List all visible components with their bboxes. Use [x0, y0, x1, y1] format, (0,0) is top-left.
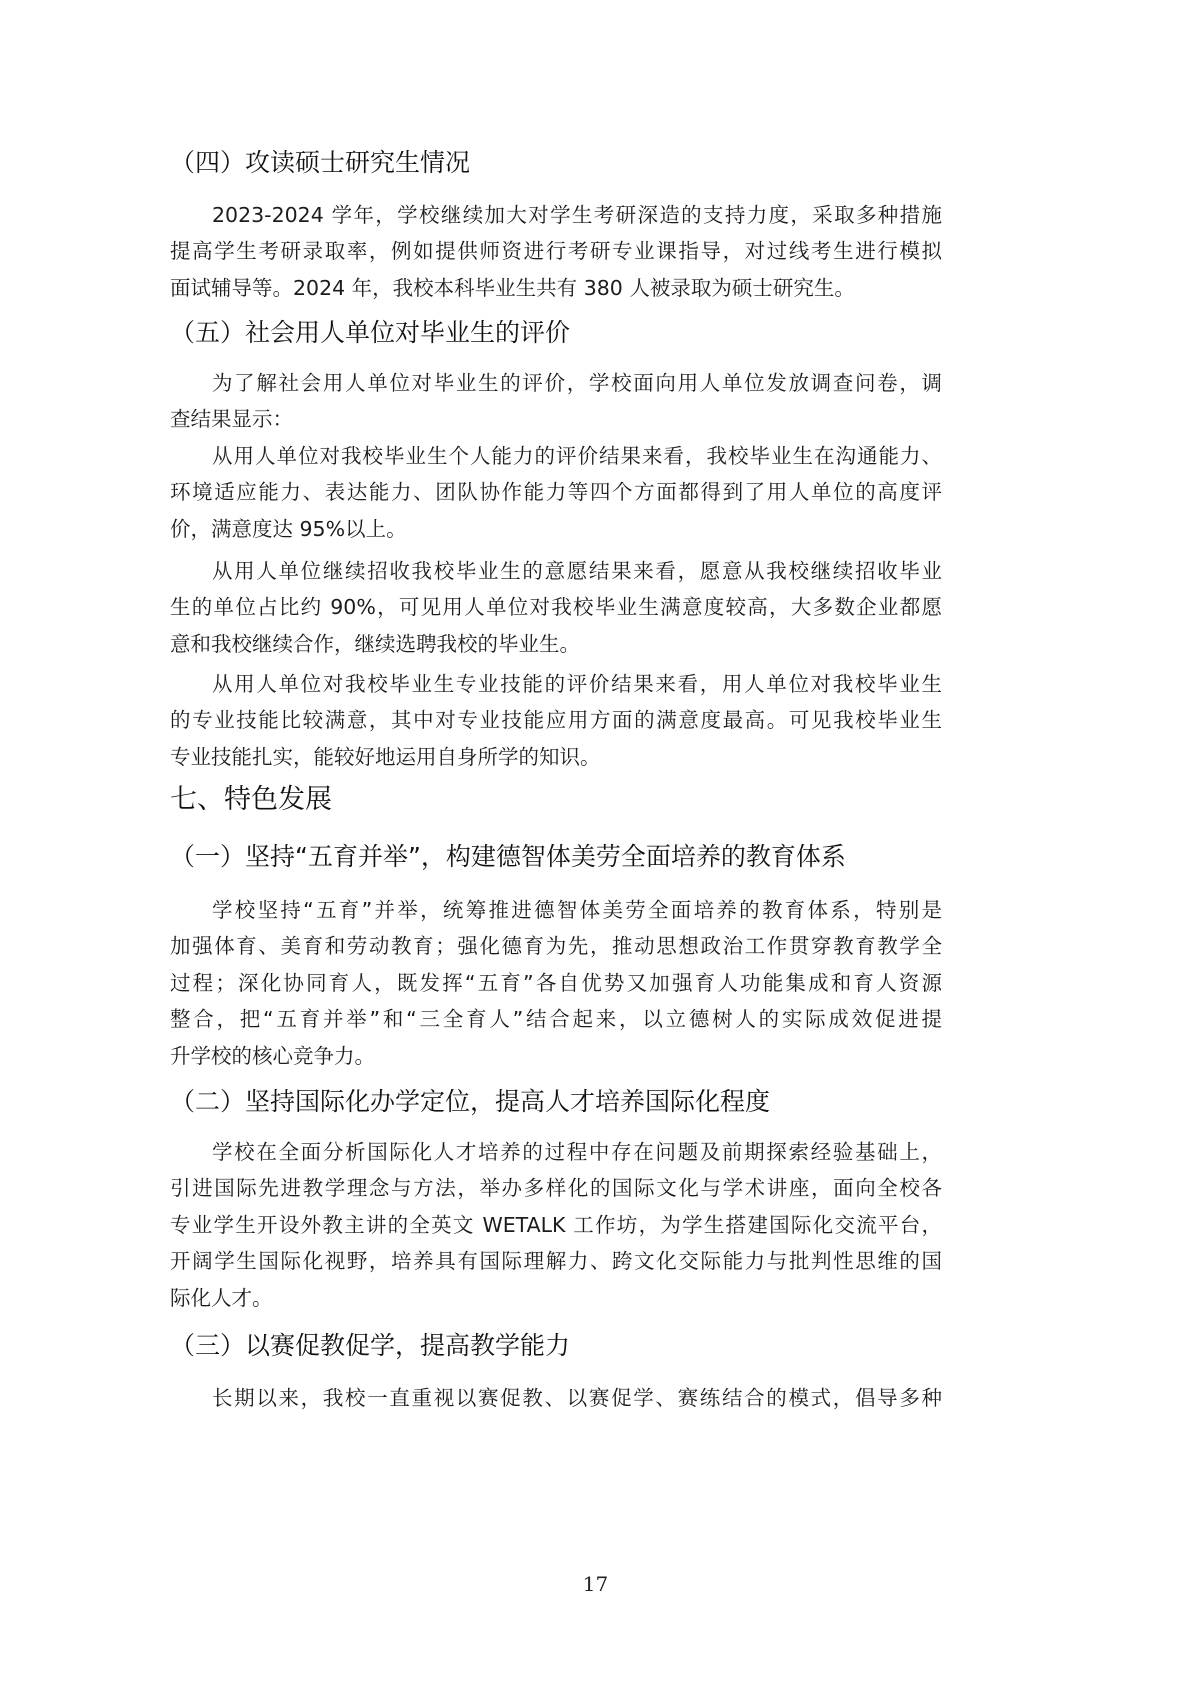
text-line: 学校坚持“五育”并举，统筹推进德智体美劳全面培养的教育体系，特别是	[170, 892, 942, 928]
paragraph-internationalization: 学校在全面分析国际化人才培养的过程中存在问题及前期探索经验基础上， 引进国际先进…	[170, 1134, 942, 1316]
text-line: 整合，把“五育并举”和“三全育人”结合起来，以立德树人的实际成效促进提	[170, 1001, 942, 1037]
text-line: 升学校的核心竞争力。	[170, 1038, 942, 1074]
section-heading-five-education: （一）坚持“五育并举”，构建德智体美劳全面培养的教育体系	[170, 839, 942, 875]
text-line: 引进国际先进教学理念与方法，举办多样化的国际文化与学术讲座，面向全校各	[170, 1170, 942, 1206]
text-line: 从用人单位对我校毕业生专业技能的评价结果来看，用人单位对我校毕业生	[170, 666, 942, 702]
text-line: 的专业技能比较满意，其中对专业技能应用方面的满意度最高。可见我校毕业生	[170, 702, 942, 738]
paragraph-hiring-willingness: 从用人单位继续招收我校毕业生的意愿结果来看，愿意从我校继续招收毕业 生的单位占比…	[170, 553, 942, 662]
paragraph-personal-ability: 从用人单位对我校毕业生个人能力的评价结果来看，我校毕业生在沟通能力、 环境适应能…	[170, 438, 942, 547]
text-line: 专业技能扎实，能较好地运用自身所学的知识。	[170, 739, 942, 775]
text-line: 意和我校继续合作，继续选聘我校的毕业生。	[170, 626, 942, 662]
text-line: 学校在全面分析国际化人才培养的过程中存在问题及前期探索经验基础上，	[170, 1134, 942, 1170]
text-line: 际化人才。	[170, 1280, 942, 1316]
text-line: 加强体育、美育和劳动教育；强化德育为先，推动思想政治工作贯穿教育教学全	[170, 928, 942, 964]
page-number: 17	[0, 1572, 1191, 1596]
paragraph-five-education: 学校坚持“五育”并举，统筹推进德智体美劳全面培养的教育体系，特别是 加强体育、美…	[170, 892, 942, 1074]
text-line: 查结果显示：	[170, 401, 942, 437]
paragraph-graduate-study: 2023-2024 学年，学校继续加大对学生考研深造的支持力度，采取多种措施 提…	[170, 197, 942, 306]
paragraph-survey-intro: 为了解社会用人单位对毕业生的评价，学校面向用人单位发放调查问卷，调 查结果显示：	[170, 365, 942, 438]
text-line: 生的单位占比约 90%，可见用人单位对我校毕业生满意度较高，大多数企业都愿	[170, 589, 942, 625]
text-line: 提高学生考研录取率，例如提供师资进行考研专业课指导，对过线考生进行模拟	[170, 233, 942, 269]
text-line: 价，满意度达 95%以上。	[170, 511, 942, 547]
text-line: 面试辅导等。2024 年，我校本科毕业生共有 380 人被录取为硕士研究生。	[170, 270, 942, 306]
text-line: 开阔学生国际化视野，培养具有国际理解力、跨文化交际能力与批判性思维的国	[170, 1243, 942, 1279]
text-line: 2023-2024 学年，学校继续加大对学生考研深造的支持力度，采取多种措施	[170, 197, 942, 233]
paragraph-professional-skills: 从用人单位对我校毕业生专业技能的评价结果来看，用人单位对我校毕业生 的专业技能比…	[170, 666, 942, 775]
section-heading-competitions: （三）以赛促教促学，提高教学能力	[170, 1328, 942, 1364]
text-line: 专业学生开设外教主讲的全英文 WETALK 工作坊，为学生搭建国际化交流平台，	[170, 1207, 942, 1243]
text-line: 长期以来，我校一直重视以赛促教、以赛促学、赛练结合的模式，倡导多种	[170, 1380, 942, 1416]
chapter-heading-characteristic-development: 七、特色发展	[170, 781, 942, 819]
text-line: 从用人单位继续招收我校毕业生的意愿结果来看，愿意从我校继续招收毕业	[170, 553, 942, 589]
paragraph-competitions: 长期以来，我校一直重视以赛促教、以赛促学、赛练结合的模式，倡导多种	[170, 1380, 942, 1416]
section-heading-internationalization: （二）坚持国际化办学定位，提高人才培养国际化程度	[170, 1084, 942, 1120]
text-line: 从用人单位对我校毕业生个人能力的评价结果来看，我校毕业生在沟通能力、	[170, 438, 942, 474]
text-line: 环境适应能力、表达能力、团队协作能力等四个方面都得到了用人单位的高度评	[170, 474, 942, 510]
section-heading-graduate-study: （四）攻读硕士研究生情况	[170, 145, 942, 181]
text-line: 为了解社会用人单位对毕业生的评价，学校面向用人单位发放调查问卷，调	[170, 365, 942, 401]
text-line: 过程；深化协同育人，既发挥“五育”各自优势又加强育人功能集成和育人资源	[170, 965, 942, 1001]
section-heading-employer-evaluation: （五）社会用人单位对毕业生的评价	[170, 315, 942, 351]
